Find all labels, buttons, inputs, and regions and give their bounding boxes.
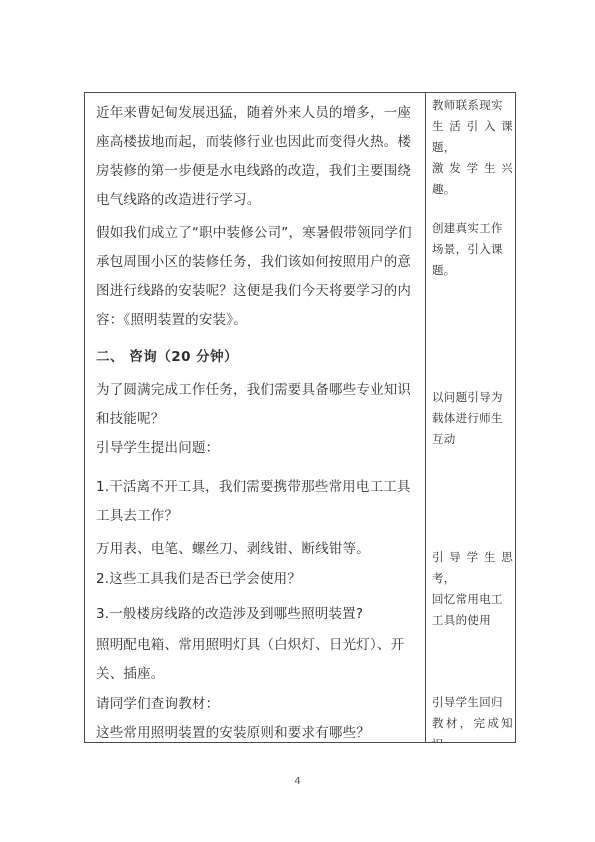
teacher-remarks-column: 教师联系现实 生活引入课题， 激发学生兴趣。 创建真实工作 场景，引入课 题。 … bbox=[426, 93, 515, 742]
teaching-content-column: 近年来曹妃甸发展迅猛，随着外来人员的增多，一座 座高楼拔地而起，而装修行业也因此… bbox=[85, 93, 426, 742]
teacher-note-4: 引导学生思考， 回忆常用电工 工具的使用 bbox=[432, 547, 513, 631]
section-heading: 二、 咨询（20 分钟） bbox=[96, 343, 416, 372]
document-page: 近年来曹妃甸发展迅猛，随着外来人员的增多，一座 座高楼拔地而起，而装修行业也因此… bbox=[0, 0, 595, 842]
paragraph-intro: 近年来曹妃甸发展迅猛，随着外来人员的增多，一座 座高楼拔地而起，而装修行业也因此… bbox=[96, 99, 416, 215]
paragraph-guide-questions: 引导学生提出问题： bbox=[96, 434, 416, 463]
paragraph-textbook-question: 这些常用照明装置的安装原则和要求有哪些？ bbox=[96, 719, 416, 742]
paragraph-answer-1: 万用表、电笔、螺丝刀、剥线钳、断线钳等。 bbox=[96, 535, 416, 564]
paragraph-question-3: 3.一般楼房线路的改造涉及到哪些照明装置? bbox=[96, 600, 416, 629]
paragraph-question-lead: 为了圆满完成工作任务，我们需要具备哪些专业知识 和技能呢？ bbox=[96, 376, 416, 434]
paragraph-textbook-lead: 请同学们查询教材： bbox=[96, 690, 416, 719]
paragraph-scenario: 假如我们成立了“职中装修公司”，寒暑假带领同学们 承包周围小区的装修任务，我们该… bbox=[96, 219, 416, 335]
paragraph-answer-3: 照明配电箱、常用照明灯具（白炽灯、日光灯）、开 关、插座。 bbox=[96, 631, 416, 689]
teacher-note-1: 教师联系现实 生活引入课题， 激发学生兴趣。 bbox=[432, 95, 513, 200]
page-number: 4 bbox=[0, 776, 595, 787]
paragraph-question-2: 2.这些工具我们是否已学会使用？ bbox=[96, 565, 416, 594]
teacher-note-5: 引导学生回归 教材，完成知识 的储备 bbox=[432, 692, 513, 742]
lesson-plan-table: 近年来曹妃甸发展迅猛，随着外来人员的增多，一座 座高楼拔地而起，而装修行业也因此… bbox=[84, 92, 516, 743]
teacher-note-3: 以问题引导为 载体进行师生 互动 bbox=[432, 387, 513, 450]
paragraph-question-1: 1.干活离不开工具，我们需要携带那些常用电工工具 工具去工作？ bbox=[96, 473, 416, 531]
teacher-note-2: 创建真实工作 场景，引入课 题。 bbox=[432, 218, 513, 281]
